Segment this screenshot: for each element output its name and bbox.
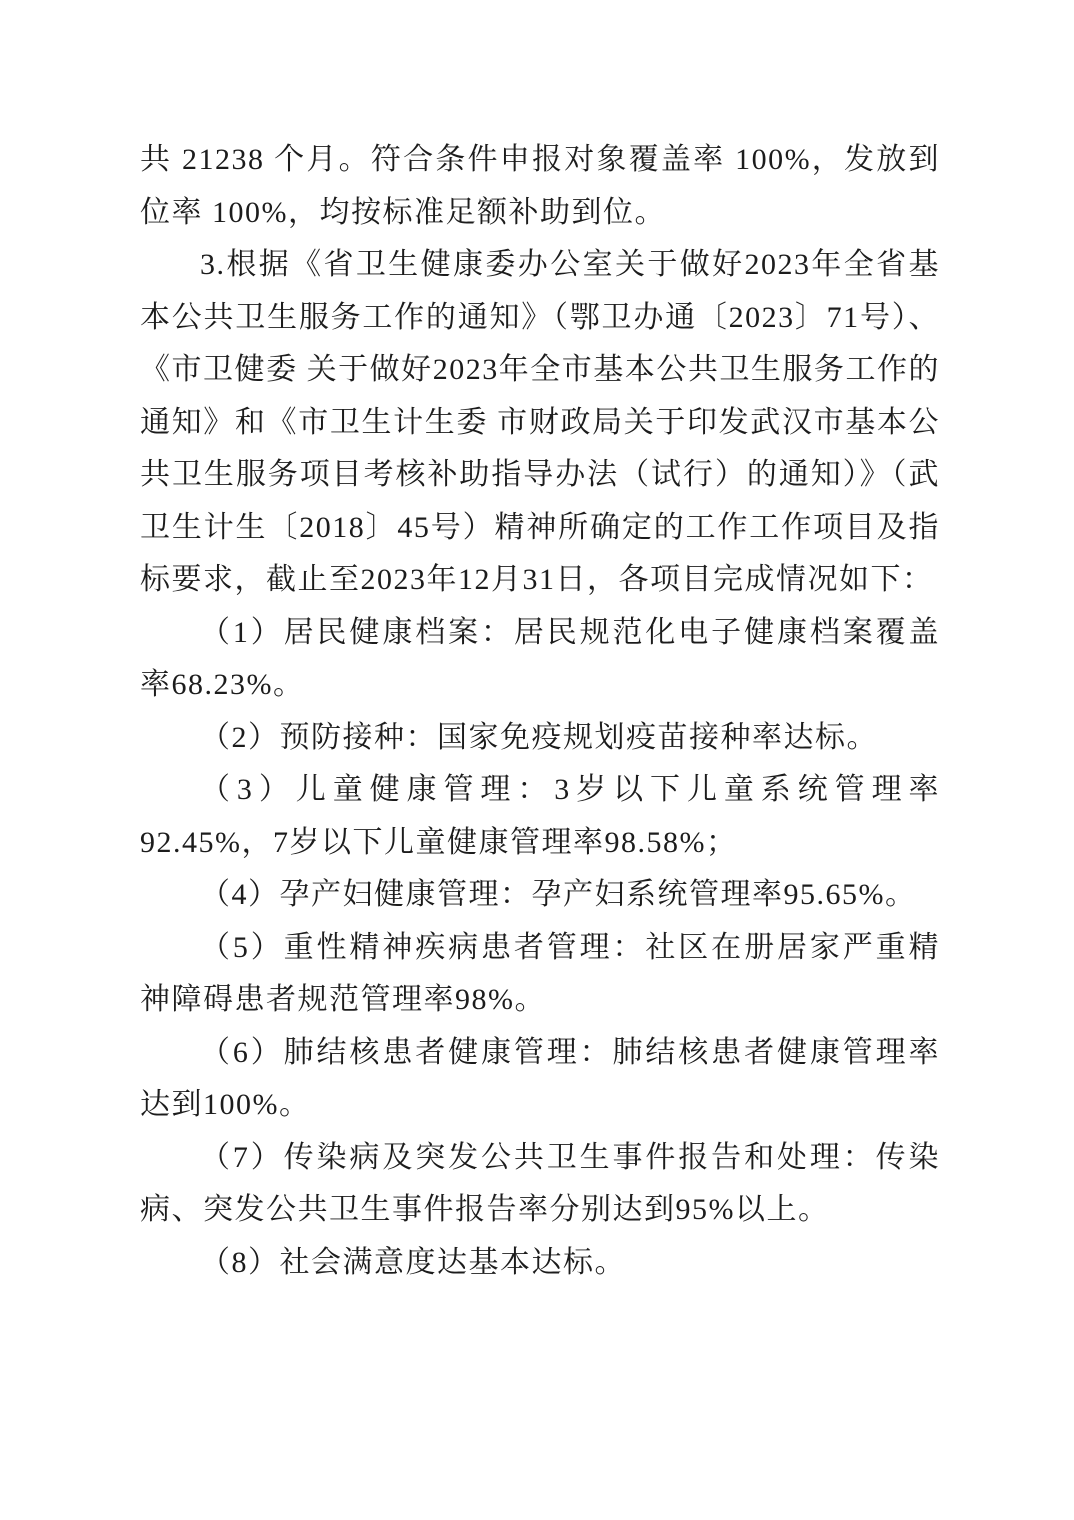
paragraph-item-6: （6）肺结核患者健康管理：肺结核患者健康管理率达到100%。	[140, 1027, 940, 1132]
paragraph-item-3: （3）儿童健康管理：3岁以下儿童系统管理率92.45%，7岁以下儿童健康管理率9…	[140, 764, 940, 869]
paragraph-continuation: 共 21238 个月。符合条件申报对象覆盖率 100%，发放到位率 100%，均…	[140, 134, 940, 239]
paragraph-item-7: （7）传染病及突发公共卫生事件报告和处理：传染病、突发公共卫生事件报告率分别达到…	[140, 1132, 940, 1237]
paragraph-item-4: （4）孕产妇健康管理：孕产妇系统管理率95.65%。	[140, 869, 940, 922]
paragraph-item-1: （1）居民健康档案：居民规范化电子健康档案覆盖率68.23%。	[140, 607, 940, 712]
paragraph-item-8: （8）社会满意度达基本达标。	[140, 1237, 940, 1290]
paragraph-item-2: （2）预防接种：国家免疫规划疫苗接种率达标。	[140, 712, 940, 765]
document-page: 共 21238 个月。符合条件申报对象覆盖率 100%，发放到位率 100%，均…	[0, 0, 1074, 1520]
paragraph-item-5: （5）重性精神疾病患者管理：社区在册居家严重精神障碍患者规范管理率98%。	[140, 922, 940, 1027]
document-body: 共 21238 个月。符合条件申报对象覆盖率 100%，发放到位率 100%，均…	[140, 134, 940, 1289]
paragraph-section-3: 3.根据《省卫生健康委办公室关于做好2023年全省基本公共卫生服务工作的通知》（…	[140, 239, 940, 607]
